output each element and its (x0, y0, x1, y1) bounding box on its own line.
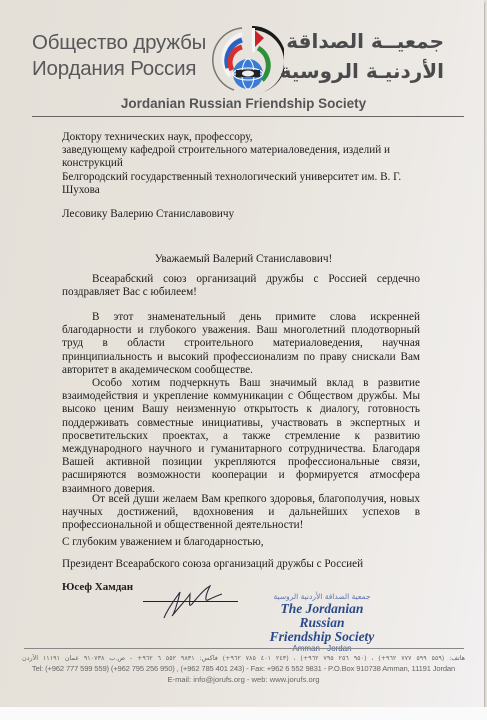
background-below-page (0, 707, 487, 720)
footer-arabic-contacts: هاتف: (٥٥٩ ٥٩٩ ٧٧٧ ٩٦٢+) ، (٩٥٠ ٢٥٦ ٧٩٥ … (0, 654, 487, 662)
org-name-ar-line2: الأردنيـة الروسية (280, 56, 444, 86)
addressee-line: конструкций (62, 157, 422, 170)
paragraph: Особо хотим подчеркнуть Ваш значимый вкл… (62, 377, 420, 496)
signer-name: Юсеф Хамдан (62, 581, 133, 594)
signature-icon (150, 580, 230, 620)
letter-page: Общество дружбы Иордания Россия جمعيــة … (0, 0, 484, 707)
stamp-line2: Friendship Society (262, 630, 382, 644)
paragraph: Всеарабский союз организаций дружбы с Ро… (62, 273, 420, 299)
stamp-line1: The Jordanian Russian (262, 602, 382, 630)
addressee-block: Доктору технических наук, профессору, за… (62, 131, 422, 197)
signature-line (143, 601, 238, 602)
addressee-line: заведующему кафедрой строительного матер… (62, 144, 422, 157)
org-name-ar-line1: جمعيــة الصداقة (280, 26, 444, 56)
org-name-ru-line1: Общество дружбы (32, 30, 206, 56)
addressee-line: Доктору технических наук, профессору, (62, 131, 422, 144)
salutation: Уважаемый Валерий Станиславович! (0, 253, 487, 266)
org-name-arabic: جمعيــة الصداقة الأردنيـة الروسية (280, 26, 444, 86)
org-name-russian: Общество дружбы Иордания Россия (32, 30, 206, 82)
paragraph-text: Особо хотим подчеркнуть Ваш значимый вкл… (62, 377, 420, 495)
org-name-ru-line2: Иордания Россия (32, 56, 206, 82)
footer-phone-fax: Tel: (+962 777 599 559) (+962 795 256 95… (0, 664, 487, 673)
paragraph-text: Всеарабский союз организаций дружбы с Ро… (62, 273, 420, 298)
footer-email-web: E-mail: info@jorufs.org - web: www.joruf… (0, 675, 487, 684)
header-divider (32, 116, 464, 117)
globe-flags-logo-icon (212, 24, 284, 96)
closing-line: С глубоким уважением и благодарностью, (62, 536, 264, 549)
footer-divider (24, 648, 464, 649)
paragraph-text: В этот знаменательный день примите слова… (62, 311, 420, 376)
signer-title: Президент Всеарабского союза организаций… (62, 558, 363, 571)
org-name-english: Jordanian Russian Friendship Society (0, 96, 487, 111)
paragraph: В этот знаменательный день примите слова… (62, 311, 420, 377)
addressee-line: Белгородский государственный технологиче… (62, 171, 422, 197)
paragraph-text: От всей души желаем Вам крепкого здоровь… (62, 493, 420, 531)
organization-stamp: جمعية الصداقة الأردنية الروسية The Jorda… (262, 592, 382, 653)
paragraph: От всей души желаем Вам крепкого здоровь… (62, 493, 420, 533)
recipient-name: Лесовику Валерию Станиславовичу (62, 208, 234, 221)
